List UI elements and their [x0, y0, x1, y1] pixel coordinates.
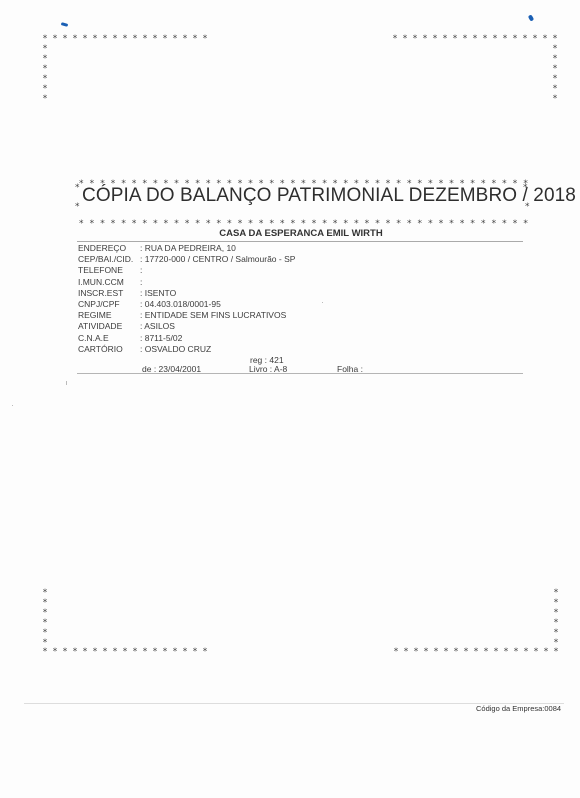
- info-label: ENDEREÇO: [78, 243, 126, 253]
- star-glyph: *: [500, 35, 510, 44]
- star-glyph: *: [100, 648, 110, 657]
- info-value: : RUA DA PEDREIRA, 10: [140, 243, 236, 253]
- star-glyph: *: [120, 35, 130, 44]
- star-glyph: *: [450, 35, 460, 44]
- star-glyph: *: [50, 35, 60, 44]
- star-glyph: *: [461, 648, 471, 657]
- divider-bottom: [77, 373, 523, 374]
- star-glyph: *: [150, 35, 160, 44]
- star-glyph: *: [130, 648, 140, 657]
- star-glyph: *: [480, 35, 490, 44]
- star-glyph: *: [390, 35, 400, 44]
- star-glyph: *: [60, 648, 70, 657]
- star-glyph: *: [140, 35, 150, 44]
- star-glyph: *: [510, 35, 520, 44]
- info-value: : ENTIDADE SEM FINS LUCRATIVOS: [140, 310, 286, 320]
- corner-border-top-right-v: ******: [550, 45, 560, 105]
- star-glyph: *: [40, 35, 50, 44]
- star-glyph: *: [100, 35, 110, 44]
- star-glyph: *: [200, 35, 210, 44]
- star-glyph: *: [391, 648, 401, 657]
- star-glyph: *: [470, 35, 480, 44]
- star-glyph: *: [80, 648, 90, 657]
- company-code: Código da Empresa:0084: [476, 704, 561, 713]
- document-title: CÓPIA DO BALANÇO PATRIMONIAL DEZEMBRO / …: [82, 185, 576, 207]
- info-label: CARTÓRIO: [78, 344, 123, 354]
- star-glyph: *: [430, 35, 440, 44]
- info-value: :: [140, 265, 142, 275]
- star-glyph: *: [90, 648, 100, 657]
- star-glyph: *: [441, 648, 451, 657]
- info-value: : ASILOS: [140, 321, 175, 331]
- star-glyph: *: [50, 648, 60, 657]
- corner-border-bottom-left-v: ******: [40, 589, 50, 649]
- star-glyph: *: [460, 35, 470, 44]
- star-glyph: *: [491, 648, 501, 657]
- star-glyph: *: [180, 35, 190, 44]
- pen-mark: [61, 22, 69, 27]
- star-glyph: *: [551, 648, 561, 657]
- scan-speck: [322, 302, 323, 303]
- star-glyph: *: [530, 35, 540, 44]
- star-glyph: *: [550, 35, 560, 44]
- title-star-left-top: *: [75, 184, 80, 193]
- star-glyph: *: [200, 648, 210, 657]
- star-glyph: *: [130, 35, 140, 44]
- star-glyph: *: [401, 648, 411, 657]
- star-glyph: *: [501, 648, 511, 657]
- info-label: C.N.A.E: [78, 333, 109, 343]
- star-glyph: *: [540, 35, 550, 44]
- star-glyph: *: [80, 35, 90, 44]
- star-glyph: *: [190, 648, 200, 657]
- star-glyph: *: [451, 648, 461, 657]
- star-glyph: *: [160, 35, 170, 44]
- info-value: : 8711-5/02: [140, 333, 182, 343]
- info-label: REGIME: [78, 310, 112, 320]
- star-glyph: *: [471, 648, 481, 657]
- info-value: : OSVALDO CRUZ: [140, 344, 211, 354]
- star-glyph: *: [170, 35, 180, 44]
- star-glyph: *: [40, 648, 50, 657]
- star-glyph: *: [521, 648, 531, 657]
- corner-border-bottom-right-h: *****************: [391, 648, 561, 657]
- star-glyph: *: [481, 648, 491, 657]
- star-glyph: *: [420, 35, 430, 44]
- corner-border-top-right-h: *****************: [390, 35, 560, 44]
- title-star-right-bottom: *: [525, 203, 530, 212]
- info-label: CNPJ/CPF: [78, 299, 120, 309]
- info-value: : 04.403.018/0001-95: [140, 299, 221, 309]
- star-glyph: *: [40, 95, 50, 105]
- star-glyph: *: [140, 648, 150, 657]
- star-glyph: *: [110, 648, 120, 657]
- corner-border-top-left-h: *****************: [40, 35, 210, 44]
- star-glyph: *: [440, 35, 450, 44]
- star-glyph: *: [490, 35, 500, 44]
- scan-speck: [66, 381, 67, 385]
- pen-mark: [528, 14, 534, 21]
- star-glyph: *: [550, 95, 560, 105]
- star-glyph: *: [431, 648, 441, 657]
- info-value: :: [140, 277, 142, 287]
- star-glyph: *: [170, 648, 180, 657]
- scan-speck: [12, 405, 13, 406]
- star-glyph: *: [110, 35, 120, 44]
- info-value: : 17720-000 / CENTRO / Salmourão - SP: [140, 254, 295, 264]
- star-glyph: *: [70, 35, 80, 44]
- star-glyph: *: [70, 648, 80, 657]
- info-label: TELEFONE: [78, 265, 123, 275]
- star-glyph: *: [60, 35, 70, 44]
- info-label: I.MUN.CCM: [78, 277, 124, 287]
- title-star-left-bottom: *: [75, 203, 80, 212]
- star-glyph: *: [400, 35, 410, 44]
- info-label: INSCR.EST: [78, 288, 123, 298]
- divider-top: [77, 241, 523, 242]
- star-glyph: *: [511, 648, 521, 657]
- star-glyph: *: [541, 648, 551, 657]
- corner-border-bottom-right-v: ******: [551, 589, 561, 649]
- star-glyph: *: [411, 648, 421, 657]
- info-label: ATIVIDADE: [78, 321, 122, 331]
- title-star-right-top: *: [523, 184, 528, 193]
- star-glyph: *: [531, 648, 541, 657]
- star-glyph: *: [410, 35, 420, 44]
- info-label: CEP/BAI./CID.: [78, 254, 133, 264]
- star-glyph: *: [150, 648, 160, 657]
- corner-border-bottom-left-h: *****************: [40, 648, 210, 657]
- corner-border-top-left-v: ******: [40, 45, 50, 105]
- star-glyph: *: [190, 35, 200, 44]
- star-glyph: *: [421, 648, 431, 657]
- star-glyph: *: [160, 648, 170, 657]
- star-glyph: *: [180, 648, 190, 657]
- star-glyph: *: [90, 35, 100, 44]
- star-glyph: *: [520, 35, 530, 44]
- company-name: CASA DA ESPERANCA EMIL WIRTH: [0, 228, 580, 239]
- info-value: : ISENTO: [140, 288, 176, 298]
- star-glyph: *: [120, 648, 130, 657]
